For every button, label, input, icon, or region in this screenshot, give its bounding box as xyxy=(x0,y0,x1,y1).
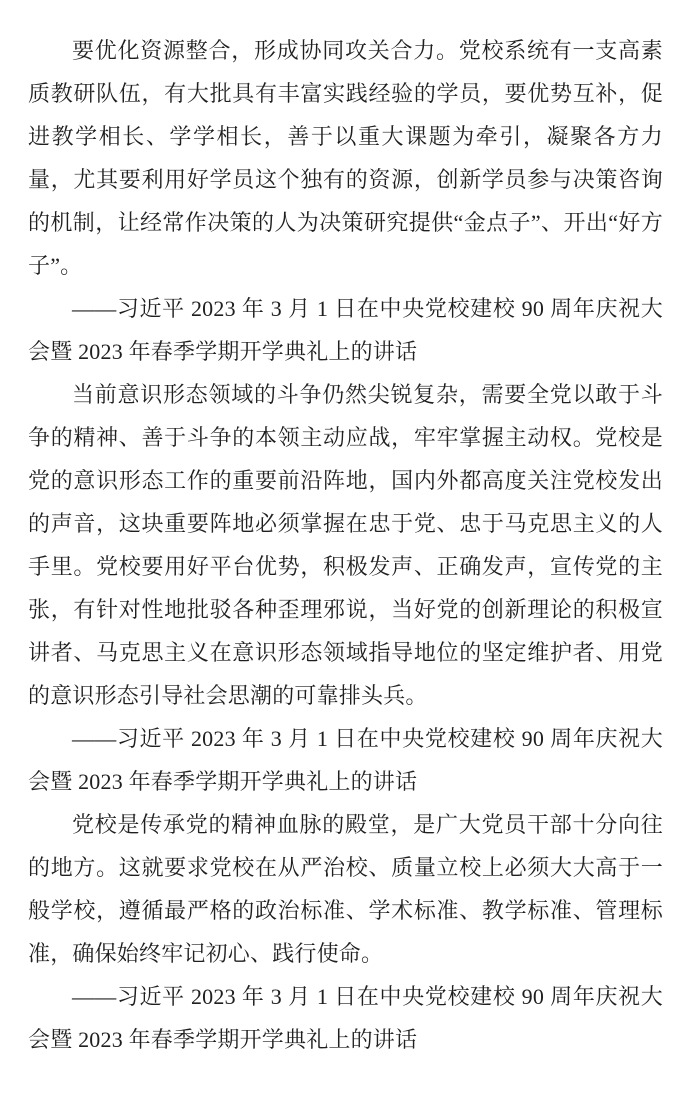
quote-paragraph-2: 当前意识形态领域的斗争仍然尖锐复杂，需要全党以敢于斗争的精神、善于斗争的本领主动… xyxy=(28,373,663,717)
attribution-3: ——习近平 2023 年 3 月 1 日在中央党校建校 90 周年庆祝大会暨 2… xyxy=(28,975,663,1061)
quote-paragraph-1: 要优化资源整合，形成协同攻关合力。党校系统有一支高素质教研队伍，有大批具有丰富实… xyxy=(28,29,663,287)
attribution-2: ——习近平 2023 年 3 月 1 日在中央党校建校 90 周年庆祝大会暨 2… xyxy=(28,717,663,803)
attribution-1: ——习近平 2023 年 3 月 1 日在中央党校建校 90 周年庆祝大会暨 2… xyxy=(28,287,663,373)
quote-paragraph-3: 党校是传承党的精神血脉的殿堂，是广大党员干部十分向往的地方。这就要求党校在从严治… xyxy=(28,803,663,975)
document-page: 要优化资源整合，形成协同攻关合力。党校系统有一支高素质教研队伍，有大批具有丰富实… xyxy=(0,0,691,1096)
